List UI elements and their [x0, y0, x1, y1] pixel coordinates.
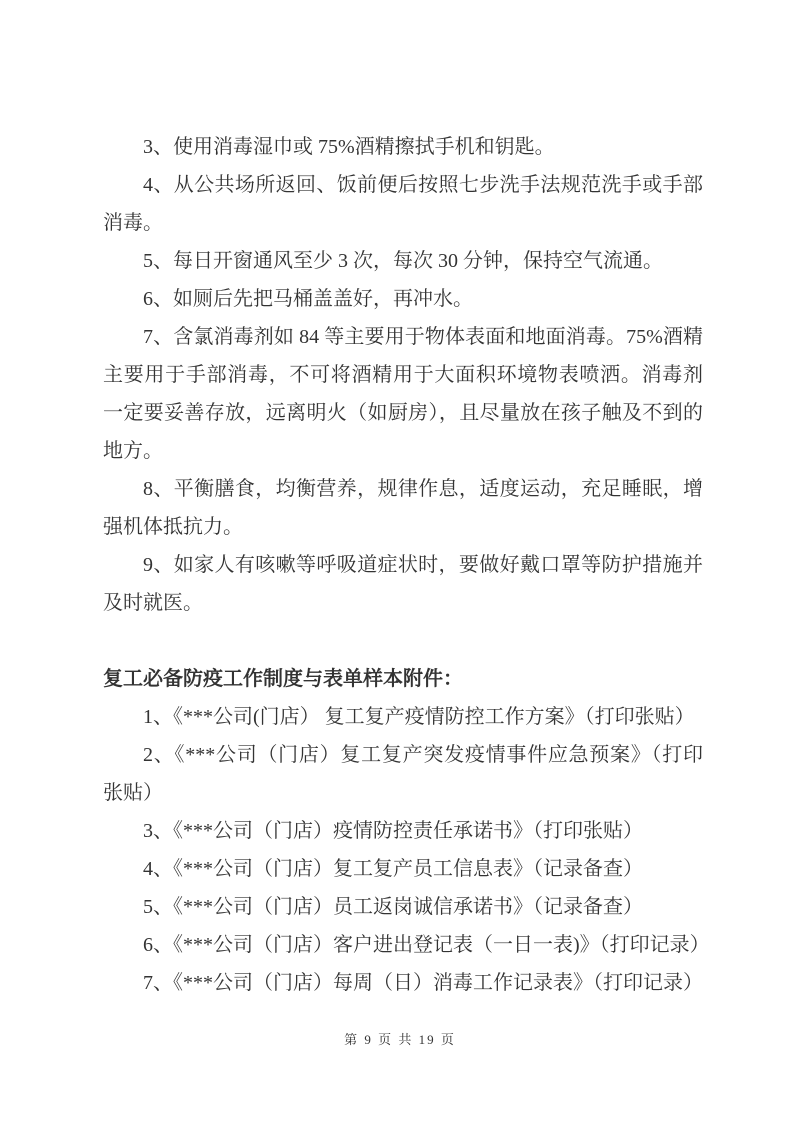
document-line: 及时就医。 — [103, 584, 703, 622]
document-line: 7、含氯消毒剂如 84 等主要用于物体表面和地面消毒。75%酒精 — [103, 318, 703, 356]
document-line: 张贴） — [103, 774, 703, 812]
document-line: 5、《***公司（门店）员工返岗诚信承诺书》（记录备查） — [103, 888, 703, 926]
document-line: 消毒。 — [103, 204, 703, 242]
document-line: 一定要妥善存放，远离明火（如厨房），且尽量放在孩子触及不到的 — [103, 394, 703, 432]
document-line: 5、每日开窗通风至少 3 次，每次 30 分钟，保持空气流通。 — [103, 242, 703, 280]
document-line: 强机体抵抗力。 — [103, 508, 703, 546]
document-page: 3、使用消毒湿巾或 75%酒精擦拭手机和钥匙。 4、从公共场所返回、饭前便后按照… — [0, 0, 800, 1131]
document-line: 7、《***公司（门店）每周（日）消毒工作记录表》（打印记录） — [103, 964, 703, 1002]
section-heading: 复工必备防疫工作制度与表单样本附件： — [103, 660, 703, 698]
document-line: 6、如厕后先把马桶盖盖好，再冲水。 — [103, 280, 703, 318]
blank-line — [103, 622, 703, 660]
document-line: 4、《***公司（门店）复工复产员工信息表》（记录备查） — [103, 850, 703, 888]
document-line: 地方。 — [103, 432, 703, 470]
document-line: 4、从公共场所返回、饭前便后按照七步洗手法规范洗手或手部 — [103, 166, 703, 204]
document-line: 1、《***公司(门店） 复工复产疫情防控工作方案》（打印张贴） — [103, 698, 703, 736]
page-number-footer: 第 9 页 共 19 页 — [0, 1028, 800, 1052]
document-line: 2、《***公司（门店）复工复产突发疫情事件应急预案》（打印 — [103, 736, 703, 774]
document-line: 3、使用消毒湿巾或 75%酒精擦拭手机和钥匙。 — [103, 128, 703, 166]
document-line: 9、如家人有咳嗽等呼吸道症状时，要做好戴口罩等防护措施并 — [103, 546, 703, 584]
document-line: 8、平衡膳食，均衡营养，规律作息，适度运动，充足睡眠，增 — [103, 470, 703, 508]
document-line: 6、《***公司（门店）客户进出登记表（一日一表)》（打印记录） — [103, 926, 703, 964]
document-body: 3、使用消毒湿巾或 75%酒精擦拭手机和钥匙。 4、从公共场所返回、饭前便后按照… — [103, 128, 703, 1002]
document-line: 3、《***公司（门店）疫情防控责任承诺书》（打印张贴） — [103, 812, 703, 850]
document-line: 主要用于手部消毒，不可将酒精用于大面积环境物表喷洒。消毒剂 — [103, 356, 703, 394]
